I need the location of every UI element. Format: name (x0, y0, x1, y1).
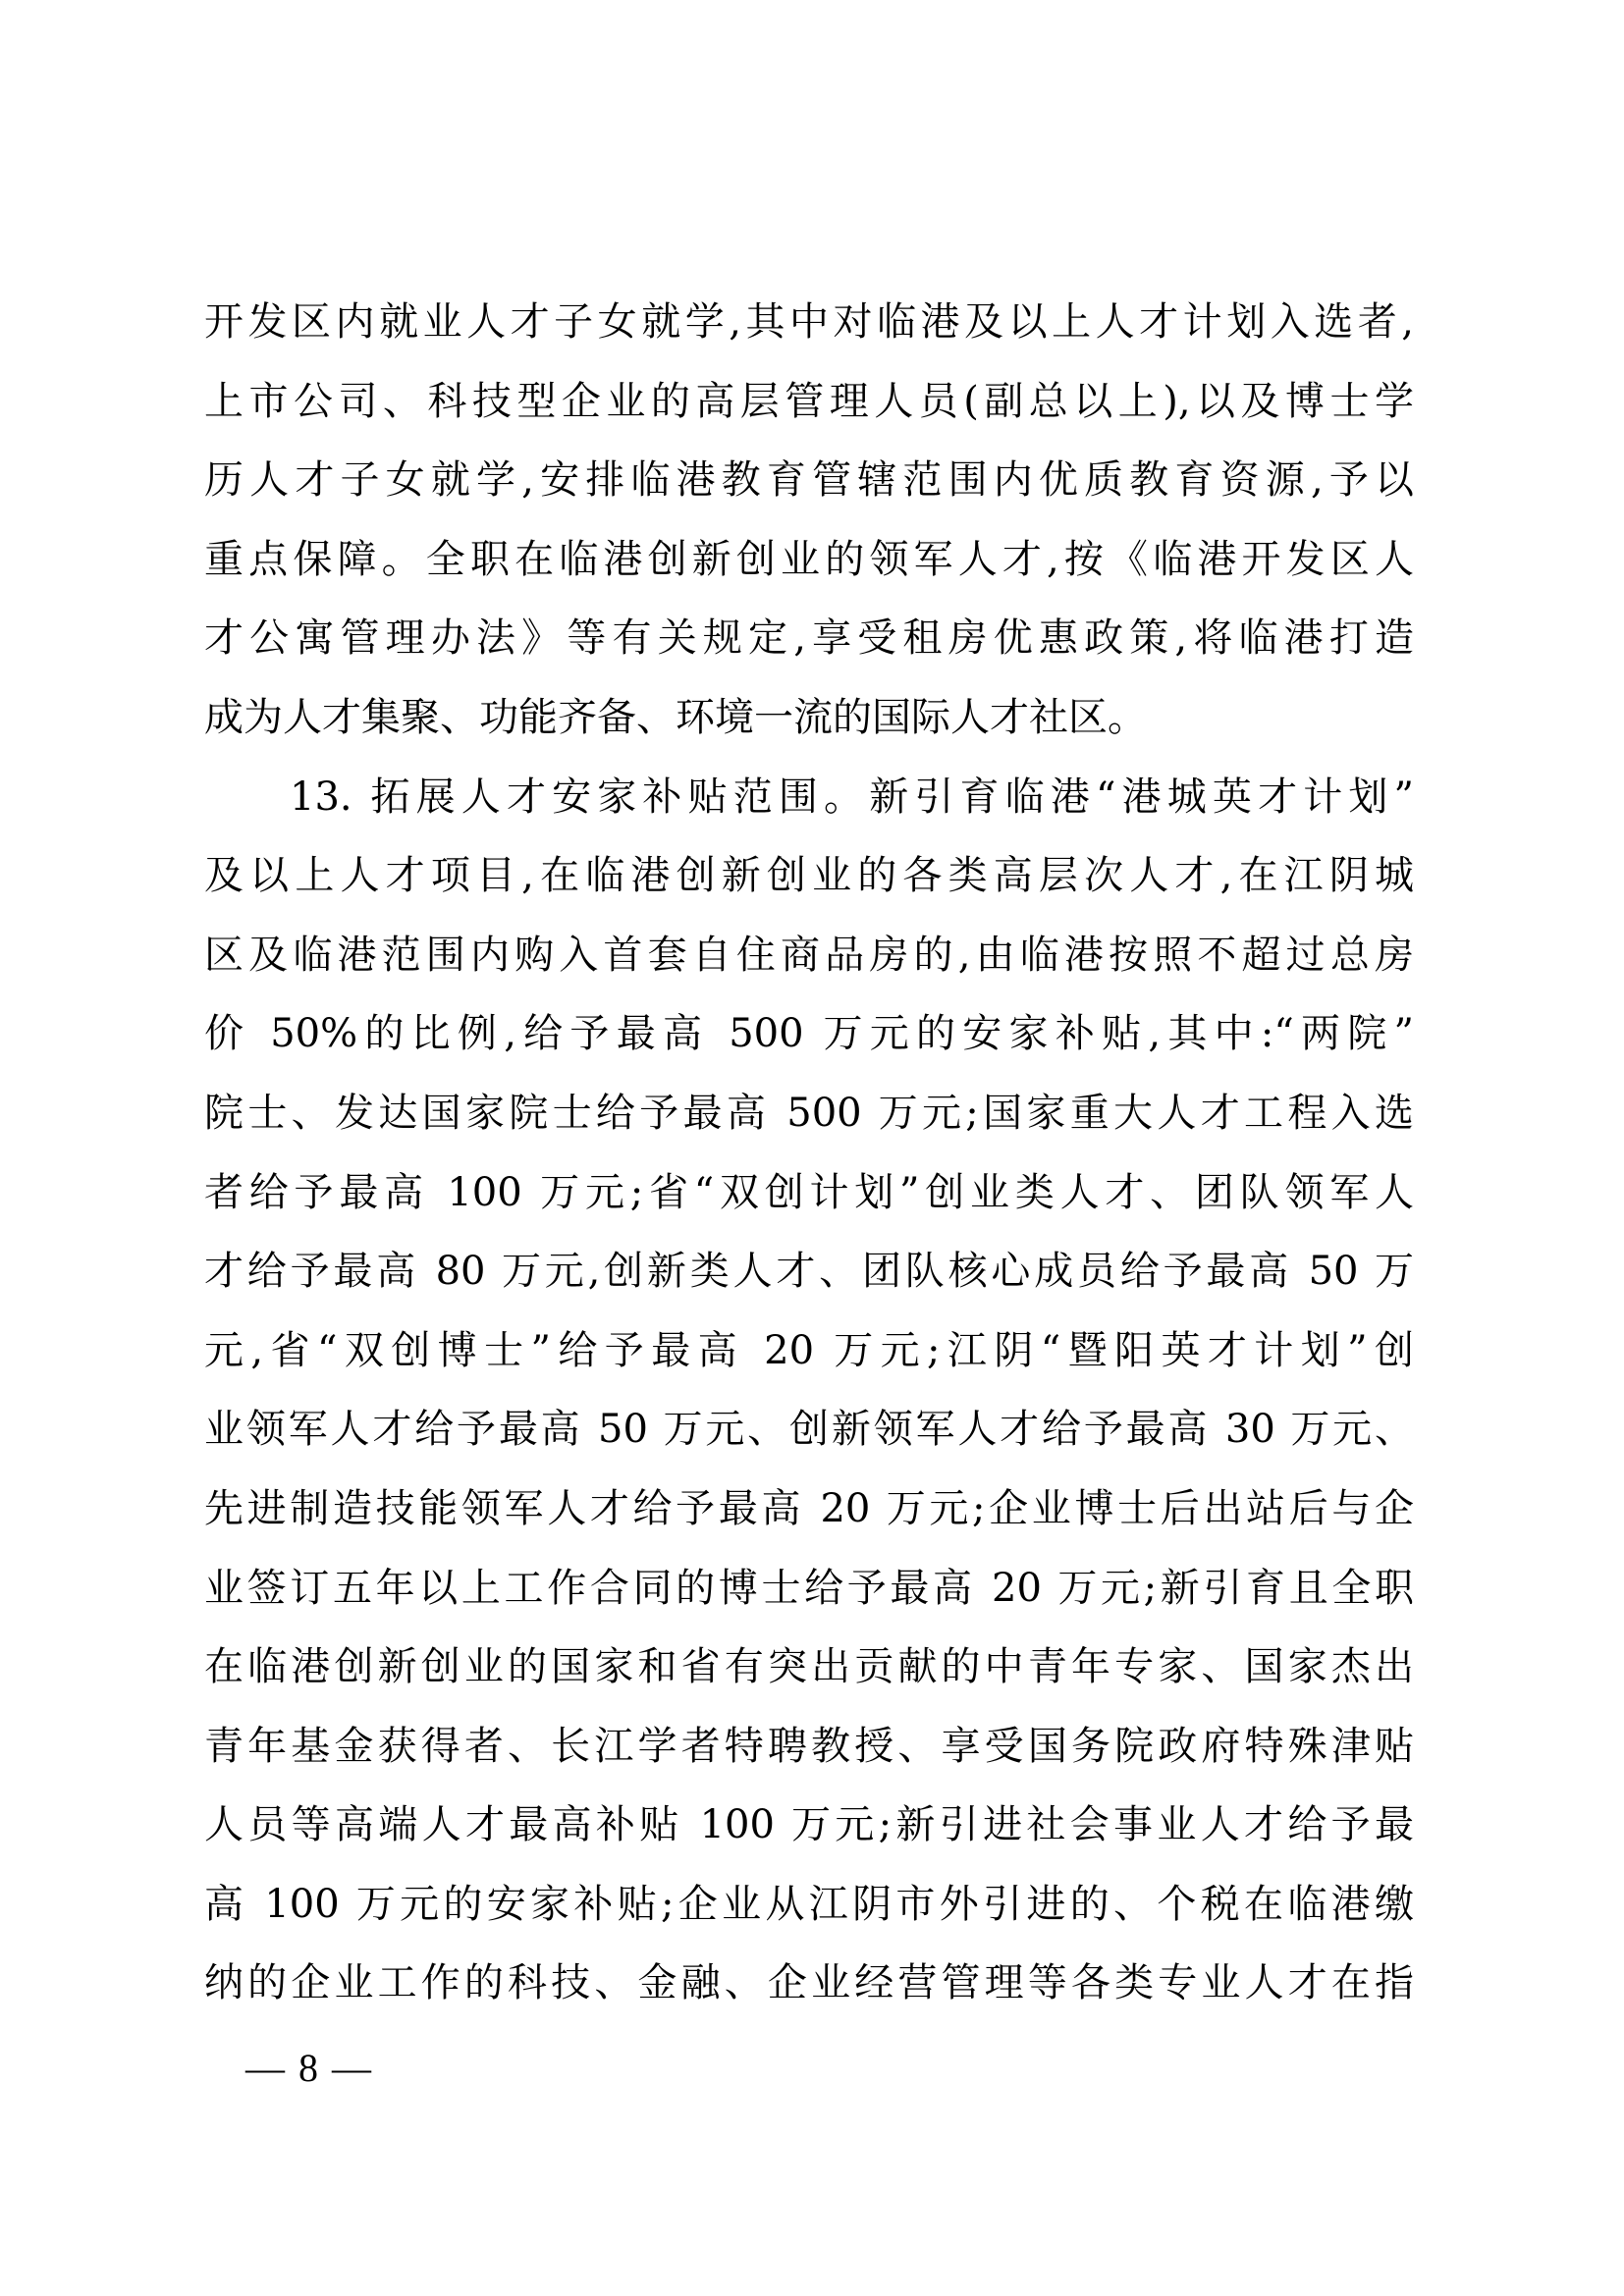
text-line: 人员等高端人才最高补贴 100 万元;新引进社会事业人才给予最 (204, 1799, 1414, 1879)
text-line: 才公寓管理办法》等有关规定,享受租房优惠政策,将临港打造 (204, 613, 1414, 692)
text-line: 开发区内就业人才子女就学,其中对临港及以上人才计划入选者, (204, 296, 1414, 376)
text-line: 上市公司、科技型企业的高层管理人员(副总以上),以及博士学 (204, 376, 1414, 455)
text-line: 院士、发达国家院士给予最高 500 万元;国家重大人才工程入选 (204, 1088, 1414, 1167)
body-text: 开发区内就业人才子女就学,其中对临港及以上人才计划入选者, 上市公司、科技型企业… (204, 296, 1414, 2037)
text-line: 历人才子女就学,安排临港教育管辖范围内优质教育资源,予以 (204, 454, 1414, 534)
text-line: 在临港创新创业的国家和省有突出贡献的中青年专家、国家杰出 (204, 1641, 1414, 1721)
text-line: 先进制造技能领军人才给予最高 20 万元;企业博士后出站后与企 (204, 1483, 1414, 1563)
document-page: 开发区内就业人才子女就学,其中对临港及以上人才计划入选者, 上市公司、科技型企业… (0, 0, 1624, 2296)
text-line: 价 50%的比例,给予最高 500 万元的安家补贴,其中:“两院” (204, 1008, 1414, 1088)
text-line: 重点保障。全职在临港创新创业的领军人才,按《临港开发区人 (204, 534, 1414, 614)
text-line: 元,省“双创博士”给予最高 20 万元;江阴“暨阳英才计划”创 (204, 1325, 1414, 1405)
text-line: 业领军人才给予最高 50 万元、创新领军人才给予最高 30 万元、 (204, 1404, 1414, 1483)
text-line: 高 100 万元的安家补贴;企业从江阴市外引进的、个税在临港缴 (204, 1879, 1414, 1958)
text-line: 及以上人才项目,在临港创新创业的各类高层次人才,在江阴城 (204, 850, 1414, 930)
text-line: 纳的企业工作的科技、金融、企业经营管理等各类专业人才在指 (204, 1957, 1414, 2037)
text-line: 青年基金获得者、长江学者特聘教授、享受国务院政府特殊津贴 (204, 1721, 1414, 1800)
text-line: 才给予最高 80 万元,创新类人才、团队核心成员给予最高 50 万 (204, 1246, 1414, 1325)
text-line: 业签订五年以上工作合同的博士给予最高 20 万元;新引育且全职 (204, 1563, 1414, 1642)
page-number: — 8 — (245, 2044, 373, 2093)
text-line: 区及临港范围内购入首套自住商品房的,由临港按照不超过总房 (204, 930, 1414, 1009)
text-line: 者给予最高 100 万元;省“双创计划”创业类人才、团队领军人 (204, 1167, 1414, 1247)
paragraph-continued: 开发区内就业人才子女就学,其中对临港及以上人才计划入选者, 上市公司、科技型企业… (204, 296, 1414, 772)
text-line: 成为人才集聚、功能齐备、环境一流的国际人才社区。 (204, 692, 1414, 772)
paragraph-13: 13. 拓展人才安家补贴范围。新引育临港“港城英才计划” 及以上人才项目,在临港… (204, 772, 1414, 2038)
text-line-heading: 13. 拓展人才安家补贴范围。新引育临港“港城英才计划” (204, 772, 1414, 851)
